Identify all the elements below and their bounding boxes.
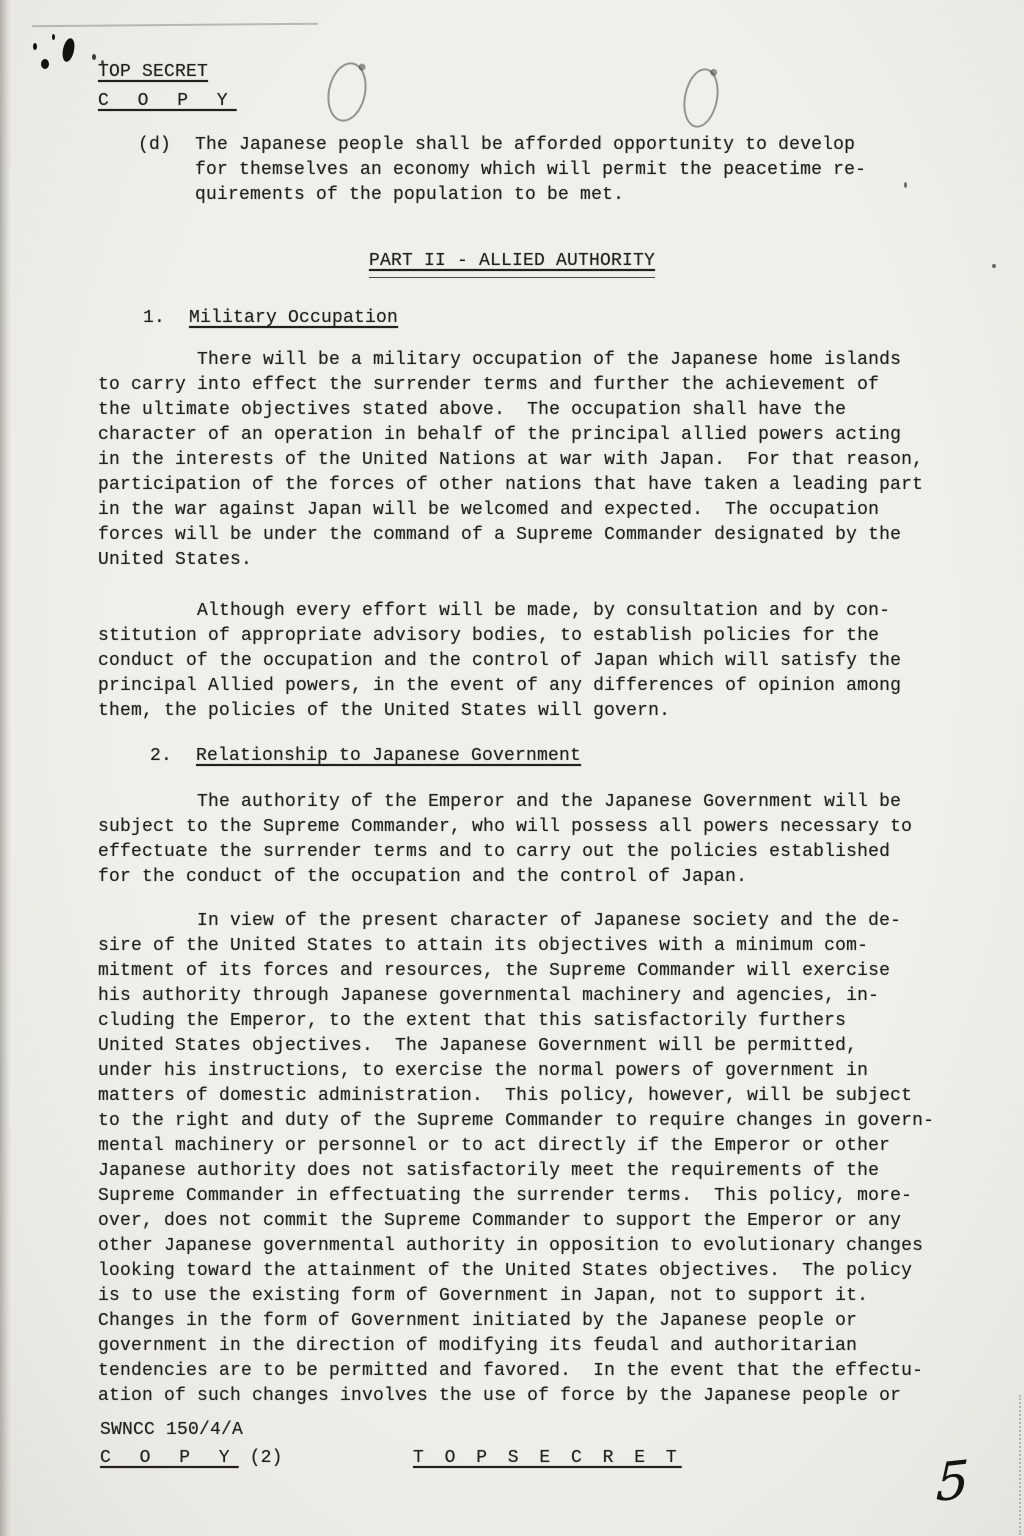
footer-classification: T O P S E C R E T (413, 1446, 682, 1471)
document-page: TOP SECRET C O P Y (d) The Japanese peop… (0, 0, 1024, 1536)
handwritten-page-number: 5 (935, 1450, 970, 1514)
section-1-number: 1. (143, 306, 189, 331)
section-2-paragraph-1: The authority of the Emperor and the Jap… (98, 790, 958, 890)
part-heading: PART II - ALLIED AUTHORITY (369, 249, 655, 278)
section-1-paragraph-2: Although every effort will be made, by c… (98, 599, 958, 724)
ink-blot (52, 34, 55, 40)
ink-blot (92, 54, 96, 60)
section-1-paragraph-1: There will be a military occupation of t… (98, 348, 958, 573)
footer-copy-suffix: (2) (250, 1448, 283, 1468)
paragraph-item-d: (d) The Japanese people shall be afforde… (138, 133, 915, 208)
classification-header: TOP SECRET (98, 60, 208, 85)
ink-blot (61, 37, 77, 63)
footer-copy-line: C O P Y (2) (100, 1446, 283, 1471)
scan-edge-right (1019, 1395, 1021, 1535)
punch-hole-mark (679, 65, 724, 130)
ink-blot (33, 43, 37, 50)
ink-blot (41, 59, 49, 69)
item-d-label: (d) (138, 133, 195, 208)
scan-scratch-line (32, 23, 318, 27)
punch-hole-mark (322, 59, 372, 126)
section-1-title: Military Occupation (189, 308, 398, 328)
section-2-number: 2. (150, 744, 196, 769)
footer-copy-label: C O P Y (100, 1448, 239, 1468)
item-d-text: The Japanese people shall be afforded op… (195, 133, 915, 208)
section-2-heading: 2.Relationship to Japanese Government (150, 744, 581, 769)
copy-label: C O P Y (98, 89, 237, 114)
section-1-heading: 1.Military Occupation (143, 306, 398, 331)
section-2-title: Relationship to Japanese Government (196, 746, 581, 766)
footer-doc-id: SWNCC 150/4/A (100, 1418, 243, 1443)
scan-edge-left (0, 0, 11, 1536)
section-2-paragraph-2: In view of the present character of Japa… (98, 909, 958, 1409)
part-heading-row: PART II - ALLIED AUTHORITY (0, 249, 1024, 278)
